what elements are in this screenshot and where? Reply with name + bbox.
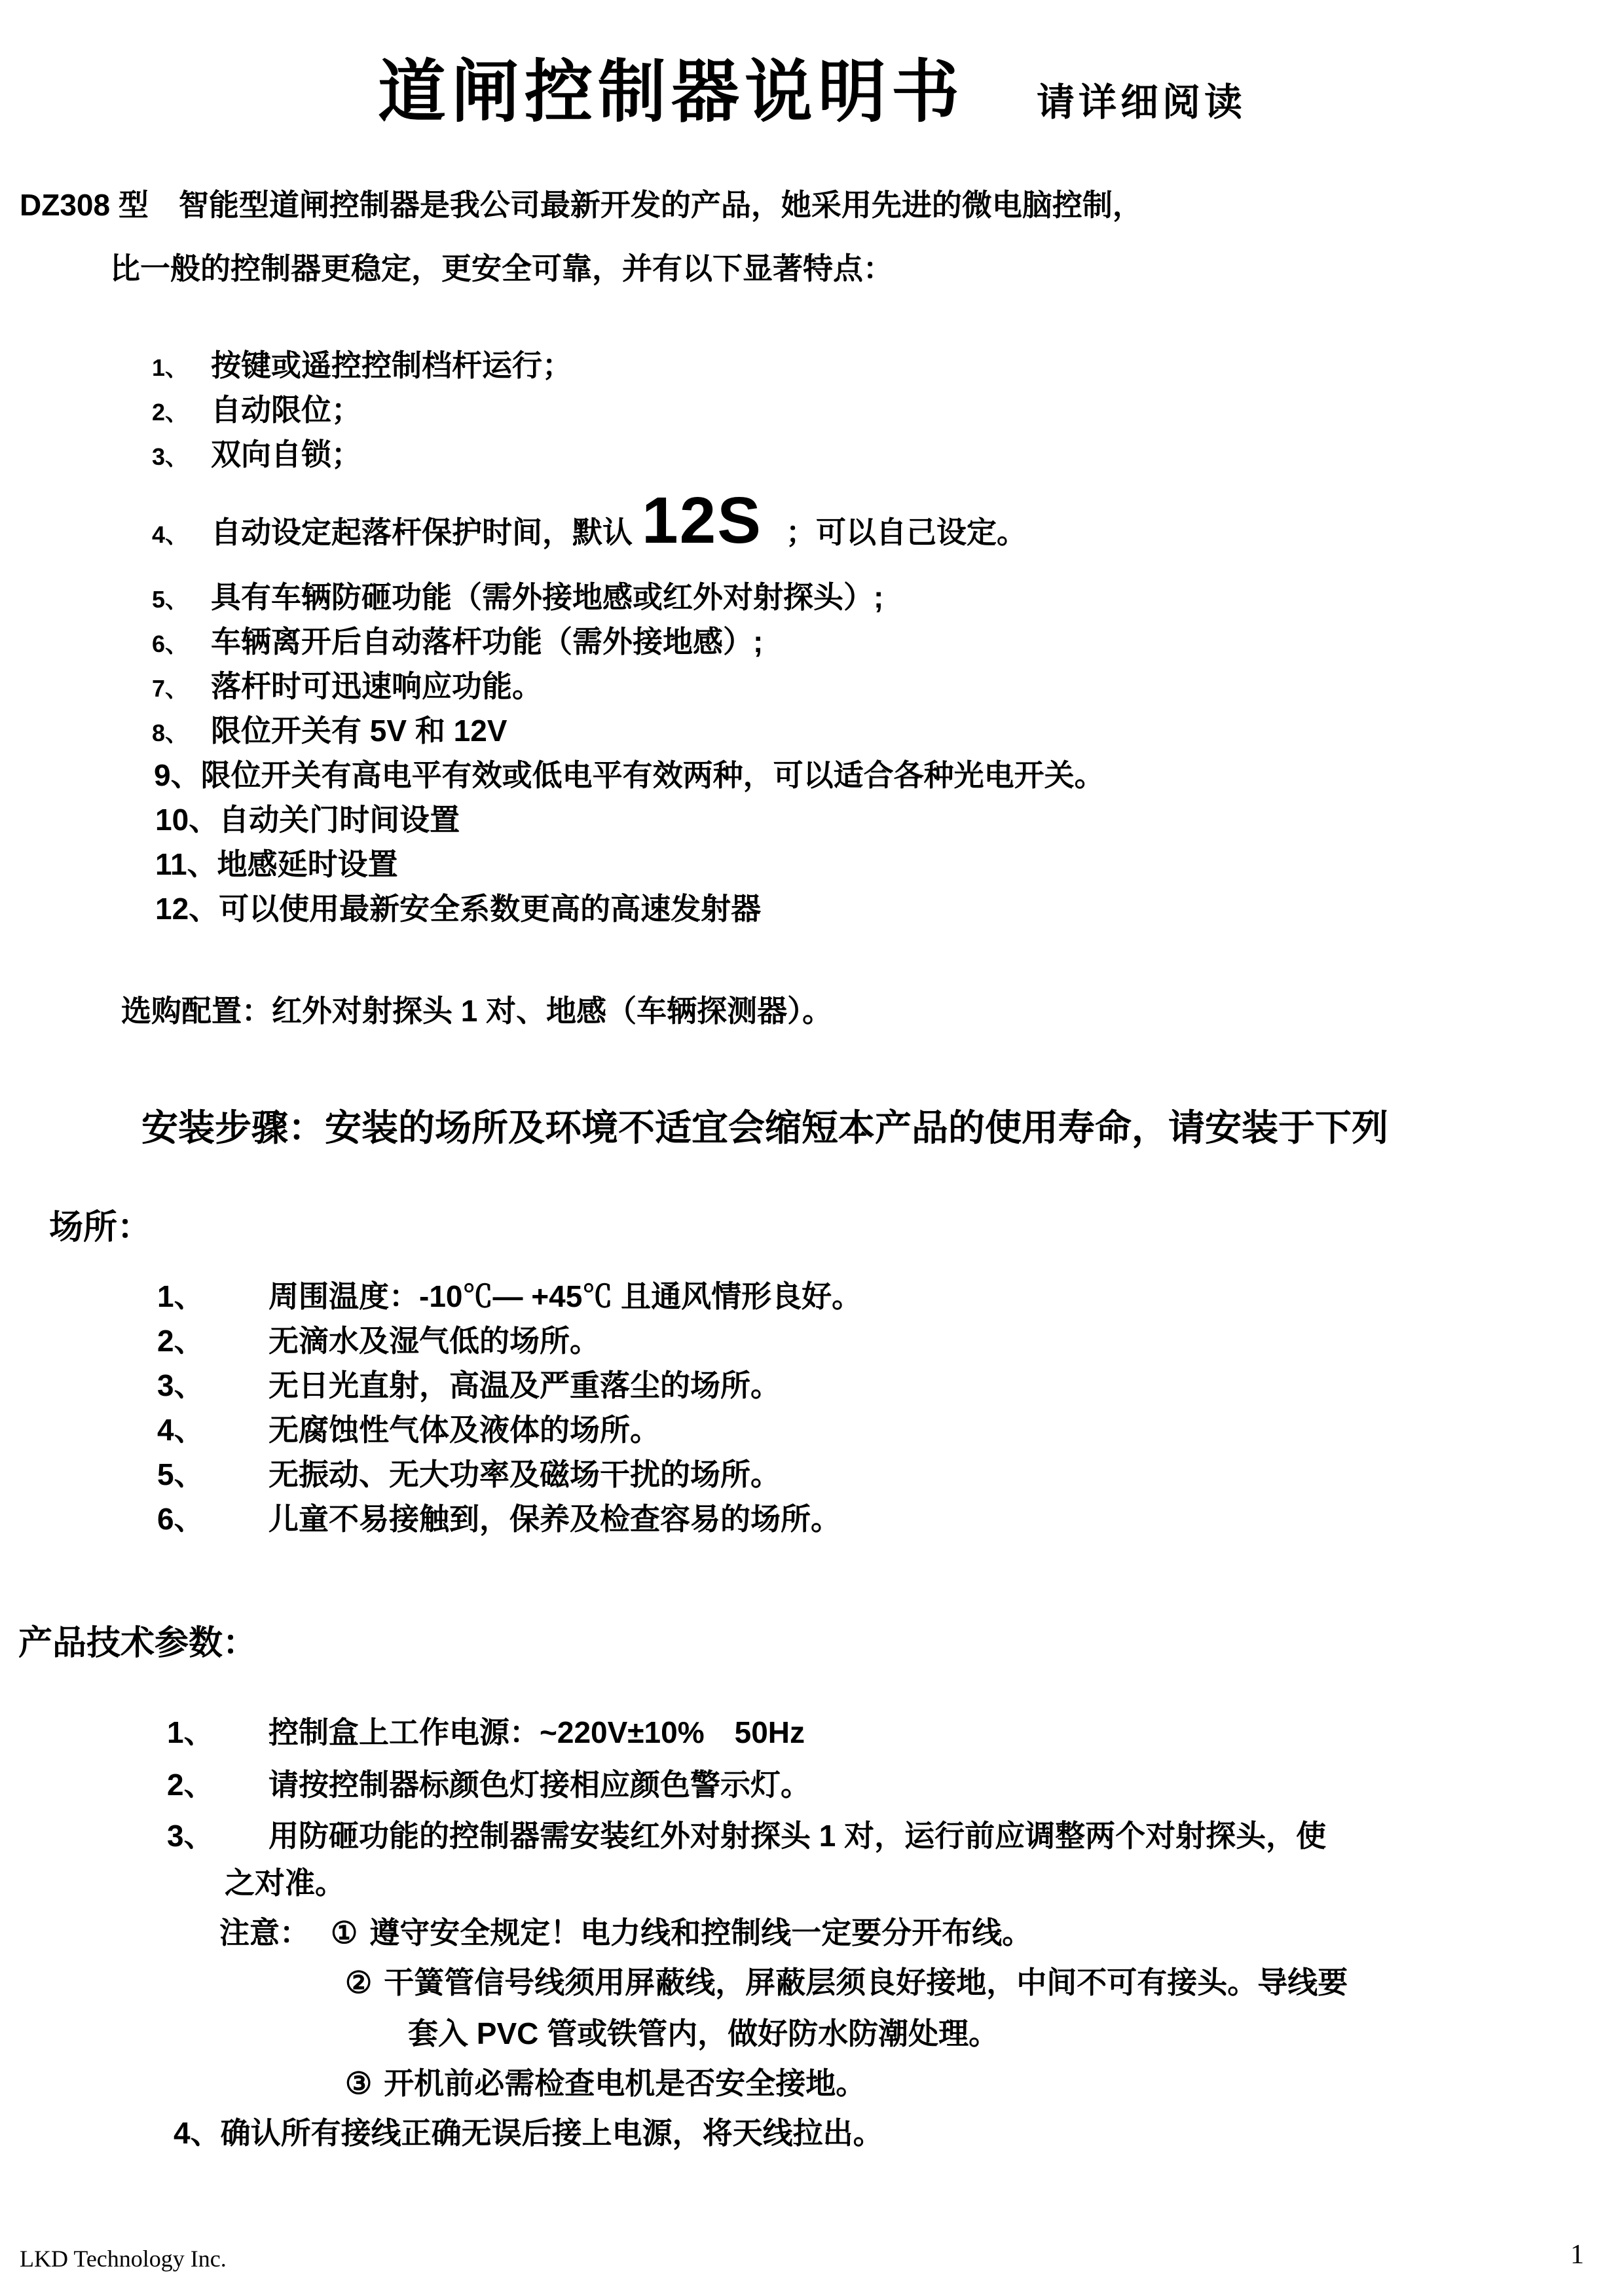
location-item-1: 1、周围温度：-10℃— +45℃ 且通风情形良好。 [157, 1278, 862, 1316]
location-number: 1、 [157, 1278, 268, 1316]
note-text: 遵守安全规定！电力线和控制线一定要分开布线。 [369, 1916, 1032, 1950]
feature-number: 5、 [152, 585, 211, 614]
page-title: 道闸控制器说明书 [378, 54, 965, 130]
feature-number: 4、 [152, 520, 211, 549]
page-subtitle: 请详细阅读 [1037, 81, 1246, 124]
location-item-2: 2、无滴水及湿气低的场所。 [157, 1322, 600, 1360]
location-item-5: 5、无振动、无大功率及磁场干扰的场所。 [157, 1456, 781, 1494]
feature-number: 8、 [152, 718, 211, 748]
feature-item-12: 12、可以使用最新安全系数更高的高速发射器 [155, 890, 761, 928]
tech-item-3: 3、用防砸功能的控制器需安装红外对射探头 1 对，运行前应调整两个对射探头，使 [167, 1817, 1326, 1855]
feature-default-time: 12S [642, 484, 762, 557]
location-number: 3、 [157, 1367, 268, 1405]
manual-page: 道闸控制器说明书请详细阅读 DZ308 型 智能型道闸控制器是我公司最新开发的产… [0, 0, 1624, 2296]
intro-line-1: DZ308 型 智能型道闸控制器是我公司最新开发的产品，她采用先进的微电脑控制， [20, 187, 1143, 225]
install-heading: 安装步骤：安装的场所及环境不适宜会缩短本产品的使用寿命，请安装于下列 [141, 1105, 1388, 1151]
feature-item-4: 4、自动设定起落杆保护时间，默认12S；可以自己设定。 [152, 480, 1027, 562]
feature-number: 10、 [155, 803, 219, 837]
intro-line-2: 比一般的控制器更稳定，更安全可靠，并有以下显著特点： [110, 250, 893, 288]
note-label: 注意： [219, 1916, 310, 1950]
tech-text: 用防砸功能的控制器需安装红外对射探头 1 对，运行前应调整两个对射探头，使 [268, 1819, 1326, 1853]
feature-text-pre: 自动设定起落杆保护时间，默认 [211, 515, 633, 549]
tech-text: 控制盒上工作电源：~220V±10% 50Hz [268, 1715, 805, 1749]
feature-item-7: 7、落杆时可迅速响应功能。 [152, 668, 542, 706]
location-item-6: 6、儿童不易接触到，保养及检查容易的场所。 [157, 1501, 841, 1539]
tech-text: 请按控制器标颜色灯接相应颜色警示灯。 [268, 1768, 811, 1802]
tech-number: 2、 [167, 1766, 268, 1804]
feature-text: 限位开关有高电平有效或低电平有效两种，可以适合各种光电开关。 [201, 758, 1105, 792]
note-item-2-line-1: ②干簧管信号线须用屏蔽线，屏蔽层须良好接地，中间不可有接头。导线要 [345, 1964, 1348, 2002]
location-number: 6、 [157, 1501, 268, 1539]
feature-number: 11、 [155, 847, 217, 881]
tech-number: 1、 [167, 1714, 268, 1752]
tech-item-3-continuation: 之对准。 [225, 1865, 345, 1903]
circled-three-marker: ③ [345, 2066, 372, 2100]
note-text: 干簧管信号线须用屏蔽线，屏蔽层须良好接地，中间不可有接头。导线要 [384, 1965, 1348, 1999]
feature-text: 自动限位； [211, 393, 361, 427]
note-item-3: ③开机前必需检查电机是否安全接地。 [345, 2065, 866, 2103]
tech-heading: 产品技术参数： [18, 1622, 257, 1665]
note-item-1: 注意：①遵守安全规定！电力线和控制线一定要分开布线。 [219, 1914, 1032, 1952]
location-text: 无振动、无大功率及磁场干扰的场所。 [268, 1457, 781, 1491]
feature-item-3: 3、双向自锁； [152, 436, 361, 474]
feature-number: 12、 [155, 892, 219, 926]
feature-item-1: 1、按键或遥控控制档杆运行； [152, 347, 572, 385]
footer-page-number: 1 [1570, 2238, 1584, 2272]
feature-text: 落杆时可迅速响应功能。 [211, 669, 542, 703]
feature-item-6: 6、车辆离开后自动落杆功能（需外接地感）; [152, 623, 763, 661]
feature-number: 9、 [154, 758, 201, 792]
feature-number: 2、 [152, 397, 211, 427]
note-item-2-line-2: 套入 PVC 管或铁管内，做好防水防潮处理。 [408, 2015, 999, 2053]
final-step-line: 4、确认所有接线正确无误后接上电源，将天线拉出。 [174, 2115, 883, 2153]
location-text: 周围温度：-10℃— +45℃ 且通风情形良好。 [268, 1279, 862, 1313]
footer-company: LKD Technology Inc. [20, 2244, 227, 2274]
feature-text: 车辆离开后自动落杆功能（需外接地感）; [211, 625, 763, 659]
feature-item-2: 2、自动限位； [152, 392, 361, 429]
feature-item-11: 11、地感延时设置 [155, 846, 398, 884]
feature-number: 6、 [152, 629, 211, 659]
feature-number: 7、 [152, 674, 211, 703]
location-text: 无滴水及湿气低的场所。 [268, 1324, 600, 1358]
feature-text: 双向自锁； [211, 437, 361, 471]
install-subheading: 场所： [49, 1207, 151, 1249]
feature-text-post: ；可以自己设定。 [786, 515, 1027, 549]
feature-text: 限位开关有 5V 和 12V [211, 714, 507, 748]
location-item-4: 4、无腐蚀性气体及液体的场所。 [157, 1412, 660, 1449]
feature-item-10: 10、自动关门时间设置 [155, 801, 460, 839]
title-row: 道闸控制器说明书请详细阅读 [0, 37, 1624, 135]
tech-item-2: 2、请按控制器标颜色灯接相应颜色警示灯。 [167, 1766, 811, 1804]
feature-text: 自动关门时间设置 [219, 803, 460, 837]
location-number: 5、 [157, 1456, 268, 1494]
location-number: 4、 [157, 1412, 268, 1449]
feature-number: 1、 [152, 353, 211, 382]
note-text: 开机前必需检查电机是否安全接地。 [384, 2066, 866, 2100]
feature-item-5: 5、具有车辆防砸功能（需外接地感或红外对射探头）; [152, 579, 883, 617]
circled-one-marker: ① [331, 1916, 358, 1950]
location-text: 儿童不易接触到，保养及检查容易的场所。 [268, 1502, 841, 1536]
feature-item-9: 9、限位开关有高电平有效或低电平有效两种，可以适合各种光电开关。 [154, 757, 1105, 795]
feature-item-8: 8、限位开关有 5V 和 12V [152, 712, 507, 750]
location-text: 无腐蚀性气体及液体的场所。 [268, 1413, 660, 1447]
feature-text: 按键或遥控控制档杆运行； [211, 348, 572, 382]
feature-text: 可以使用最新安全系数更高的高速发射器 [219, 892, 761, 926]
tech-item-1: 1、控制盒上工作电源：~220V±10% 50Hz [167, 1714, 805, 1752]
location-text: 无日光直射，高温及严重落尘的场所。 [268, 1368, 781, 1402]
circled-two-marker: ② [345, 1965, 372, 1999]
feature-number: 3、 [152, 442, 211, 471]
optional-config-line: 选购配置：红外对射探头 1 对、地感（车辆探测器）。 [121, 993, 832, 1030]
feature-text: 具有车辆防砸功能（需外接地感或红外对射探头）; [211, 580, 883, 614]
location-item-3: 3、无日光直射，高温及严重落尘的场所。 [157, 1367, 781, 1405]
feature-text: 地感延时设置 [217, 847, 398, 881]
location-number: 2、 [157, 1322, 268, 1360]
tech-number: 3、 [167, 1817, 268, 1855]
